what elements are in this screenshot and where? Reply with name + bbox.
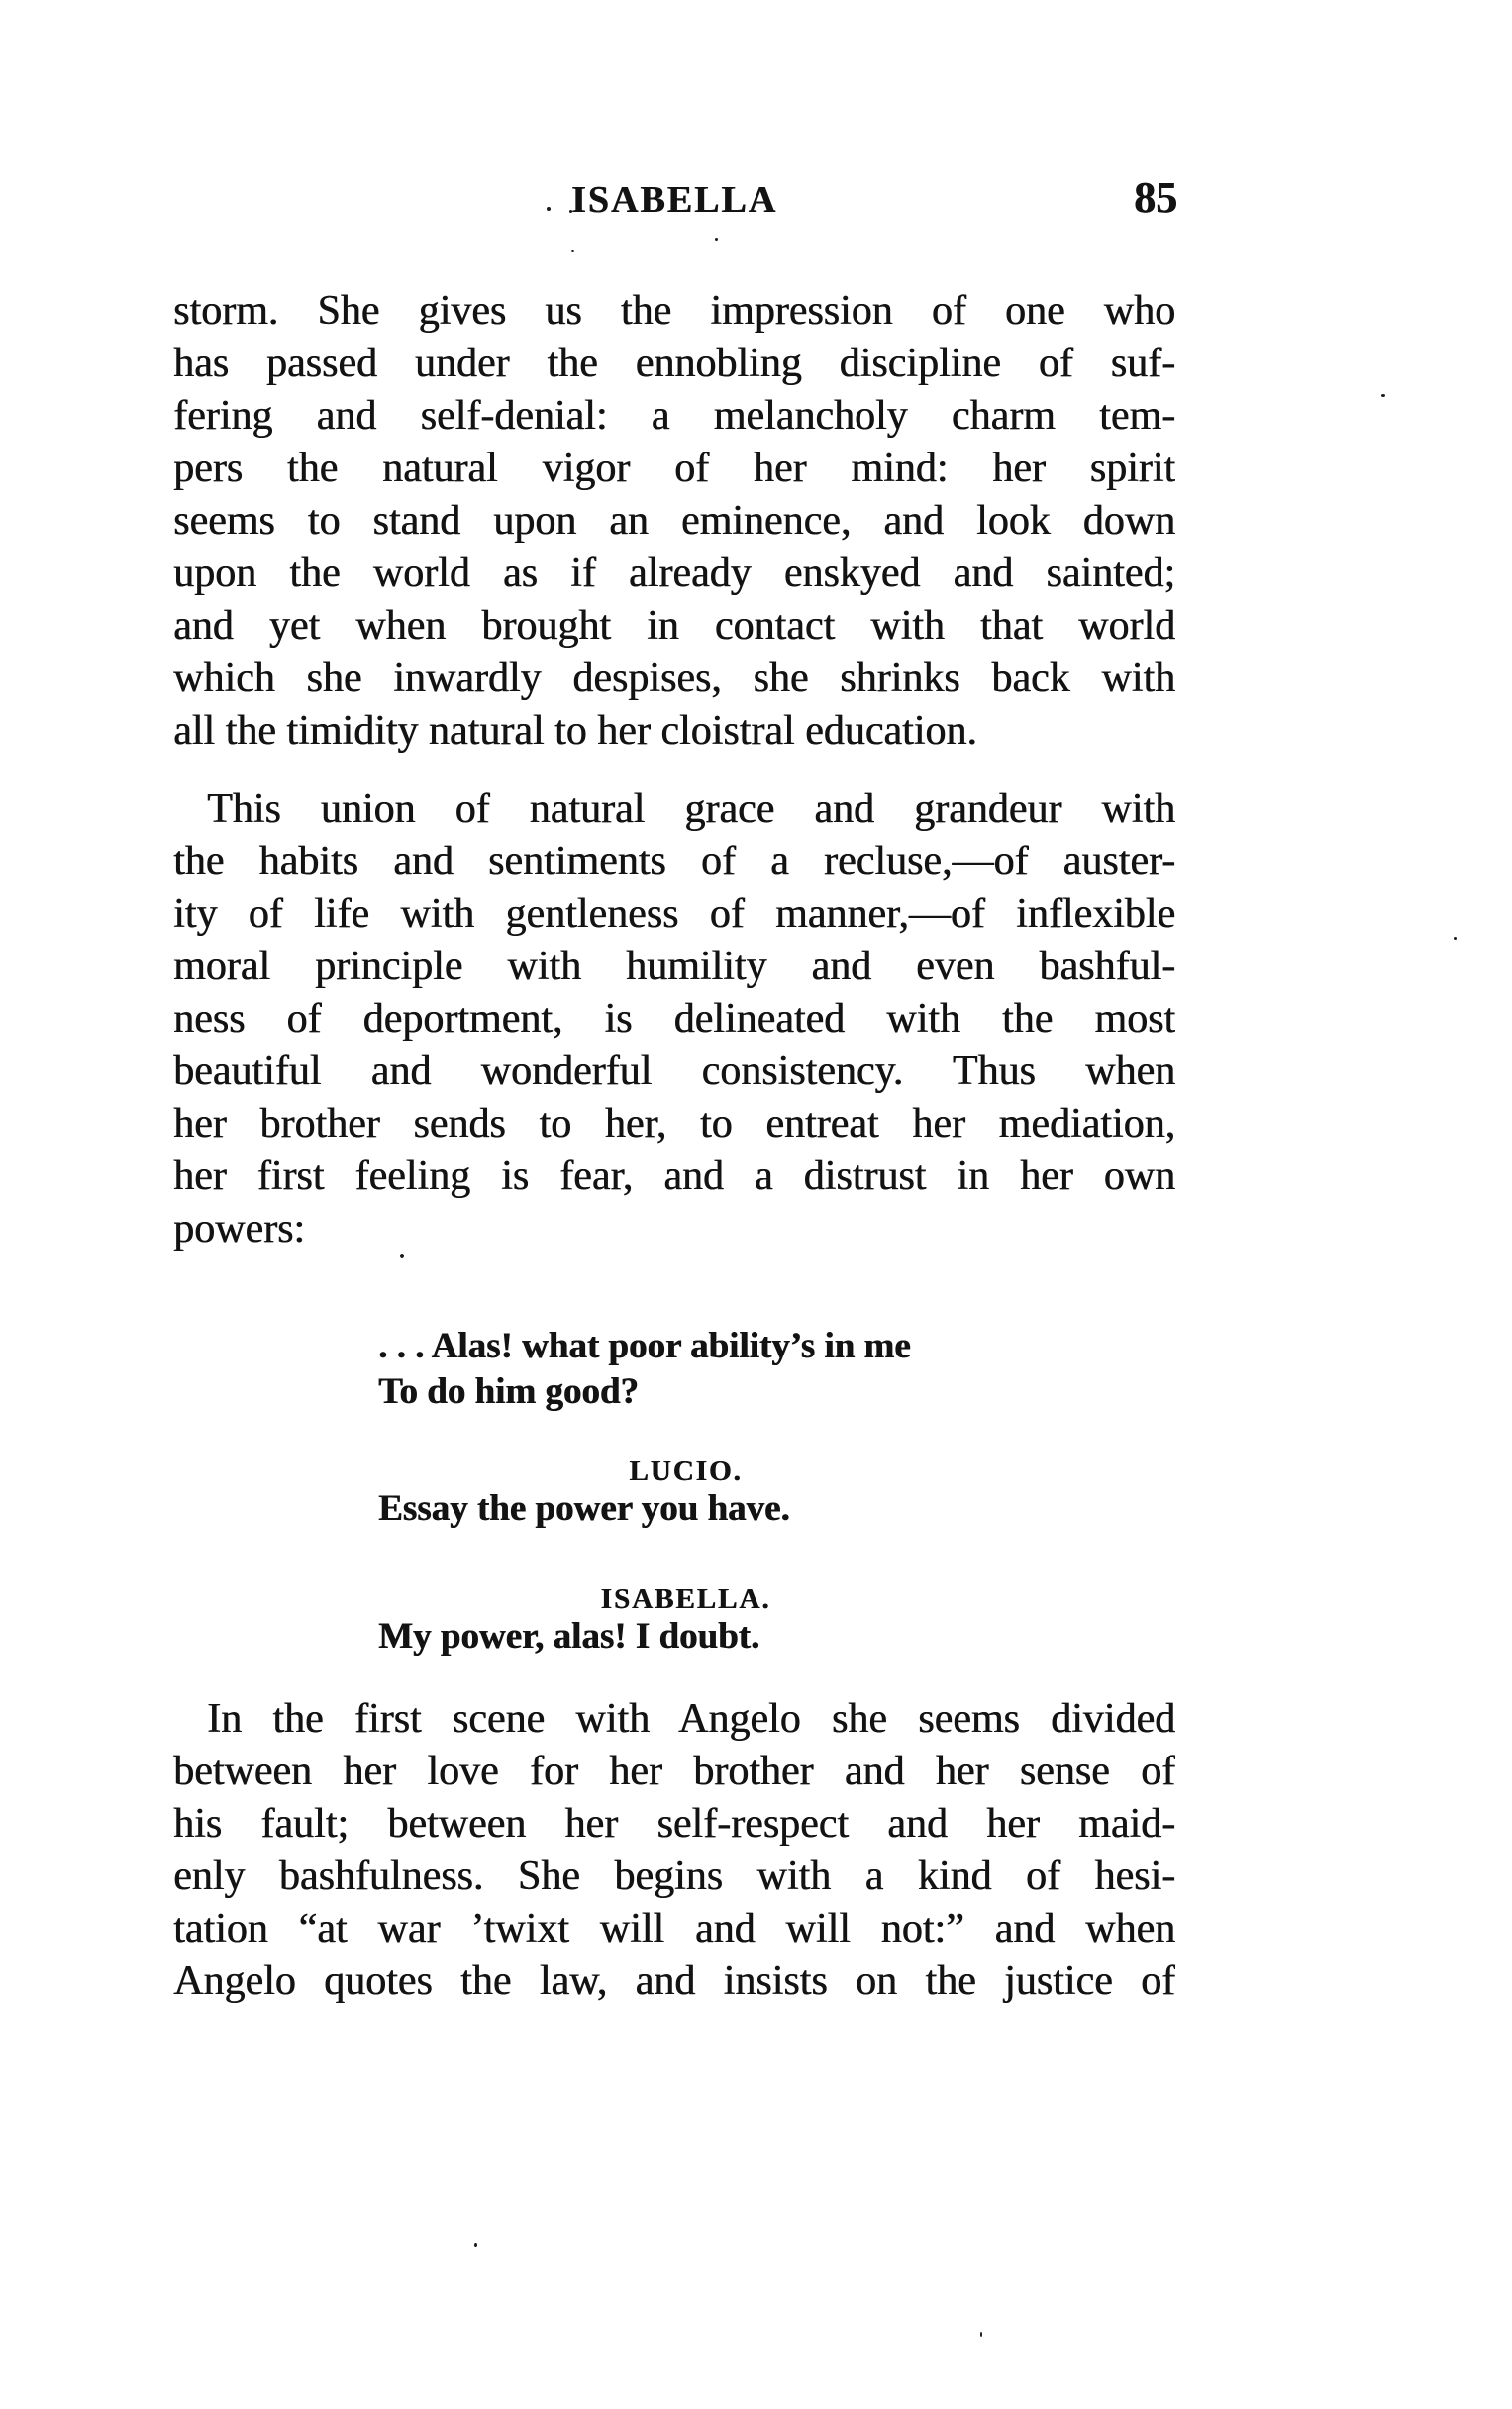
verse-quotation: . . . Alas! what poor ability’s in me To… [378,1324,1180,1415]
text-line: ity of life with gentleness of manner,—o… [173,888,1175,941]
page-number: 85 [1134,176,1177,220]
scan-speck [569,210,572,213]
page-header: ISABELLA 85 [173,178,1175,224]
scan-speck [571,250,574,252]
text-line: his fault; between her self-respect and … [173,1798,1175,1851]
speech-line-lucio: Essay the power you have. [378,1486,1180,1532]
paragraph-2: This union of natural grace and grandeur… [173,783,1175,1255]
text-line: fering and self-denial: a melancholy cha… [173,390,1175,443]
scan-speck [547,207,551,211]
verse-line: To do him good? [378,1369,1180,1415]
text-line: moral principle with humility and even b… [173,941,1175,993]
text-line: pers the natural vigor of her mind: her … [173,443,1175,495]
verse-line: . . . Alas! what poor ability’s in me [378,1324,1180,1369]
text-line: upon the world as if already enskyed and… [173,548,1175,600]
speaker-heading-lucio: LUCIO. [173,1456,1198,1486]
text-line: This union of natural grace and grandeur… [173,783,1175,836]
text-line: which she inwardly despises, she shrinks… [173,652,1175,705]
text-line: her brother sends to her, to entreat her… [173,1098,1175,1151]
text-line: In the first scene with Angelo she seems… [173,1693,1175,1746]
scan-speck [980,2332,982,2337]
scan-speck [1381,394,1385,397]
text-line: ness of deportment, is delineated with t… [173,993,1175,1046]
book-page: ISABELLA 85 storm. She gives us the impr… [0,0,1512,2409]
text-line: enly bashfulness. She begins with a kind… [173,1851,1175,1903]
text-line: has passed under the ennobling disciplin… [173,338,1175,390]
text-line: tation “at war ’twixt will and will not:… [173,1903,1175,1956]
text-line: Angelo quotes the law, and insists on th… [173,1956,1175,2008]
scan-speck [474,2243,477,2247]
text-line: storm. She gives us the impression of on… [173,285,1175,338]
paragraph-3: In the first scene with Angelo she seems… [173,1693,1175,2008]
text-line: beautiful and wonderful consistency. Thu… [173,1046,1175,1098]
scan-speck [1454,937,1457,940]
running-title: ISABELLA [173,178,1175,222]
scan-speck [715,238,718,241]
text-line: the habits and sentiments of a recluse,—… [173,836,1175,888]
text-line: and yet when brought in contact with tha… [173,600,1175,652]
speaker-heading-isabella: ISABELLA. [173,1584,1198,1614]
text-line: between her love for her brother and her… [173,1746,1175,1798]
text-line: powers: [173,1203,1175,1255]
scan-speck [400,1254,404,1258]
text-line: seems to stand upon an eminence, and loo… [173,495,1175,548]
speech-line-isabella: My power, alas! I doubt. [378,1614,1180,1659]
text-line: all the timidity natural to her cloistra… [173,705,1175,757]
paragraph-1: storm. She gives us the impression of on… [173,285,1175,757]
text-line: her first feeling is fear, and a distrus… [173,1151,1175,1203]
